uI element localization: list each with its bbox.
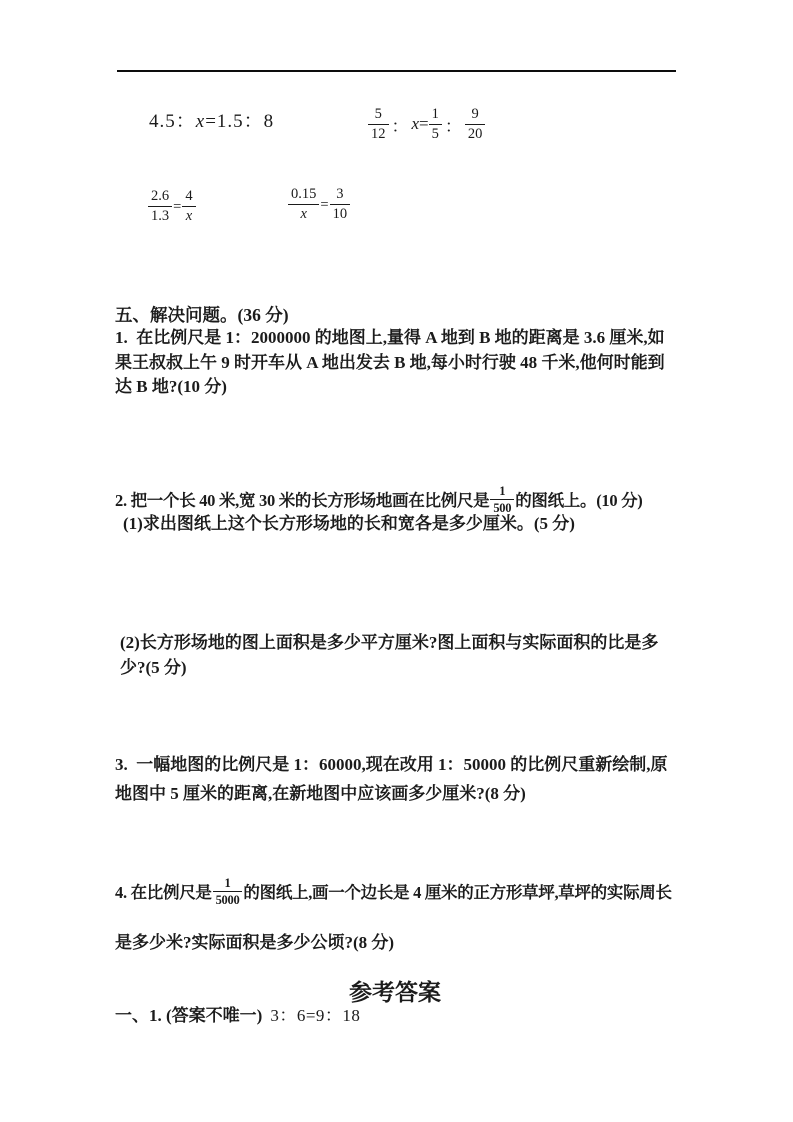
problem-4-post: 的图纸上,画一个边长是 4 厘米的正方形草坪,草坪的实际周长 (243, 879, 671, 903)
answers-heading: 参考答案 (115, 974, 675, 1007)
problem-4-pre: 4. 在比例尺是 (115, 879, 212, 903)
fraction-numerator: 0.15 (288, 186, 319, 204)
fraction-numerator: 2.6 (148, 188, 172, 206)
fraction-0.15-x: 0.15x (288, 186, 319, 221)
proportion-1: 2.61.3 = 4x (148, 186, 196, 226)
problem-4-line-2: 是多少米?实际面积是多少公顷?(8 分) (115, 931, 677, 956)
equation-2: 512 ： x = 15 ： 920 (368, 102, 485, 146)
fraction-1-5000: 15000 (213, 876, 243, 907)
fraction-2.6-1.3: 2.61.3 (148, 188, 172, 223)
equation-1-pre: 4.5： (149, 111, 196, 132)
fraction-numerator: 9 (465, 106, 486, 124)
problem-1: 1. 在比例尺是 1：2000000 的地图上,量得 A 地到 B 地的距离是 … (115, 326, 677, 400)
problem-3: 3. 一幅地图的比例尺是 1：60000,现在改用 1：50000 的比例尺重新… (115, 750, 677, 808)
problem-4-line-1: 4. 在比例尺是 15000 的图纸上,画一个边长是 4 厘米的正方形草坪,草坪… (115, 869, 672, 913)
equation-2-var: x (412, 114, 420, 134)
fraction-denominator-var: x (288, 205, 319, 222)
problem-2-sub-2: (2)长方形场地的图上面积是多少平方厘米?图上面积与实际面积的比是多少?(5 分… (120, 631, 680, 680)
fraction-1-500: 1500 (490, 484, 514, 515)
ratio-colon: ： (445, 112, 462, 137)
fraction-numerator: 4 (182, 188, 195, 206)
fraction-denominator: 20 (465, 125, 486, 142)
fraction-numerator: 1 (213, 876, 243, 892)
equation-1-post: =1.5：8 (205, 111, 274, 132)
section-5-heading: 五、解决问题。(36 分) (115, 302, 289, 327)
proportion-2: 0.15x = 310 (288, 184, 350, 224)
fraction-denominator: 5000 (213, 892, 243, 907)
answer-line-1-value: 3：6=9：18 (270, 1006, 360, 1025)
fraction-denominator: 1.3 (148, 207, 172, 224)
answer-line-1-label: 一、1. (答案不唯一) (115, 1006, 262, 1025)
worksheet-page: 4.5：x=1.5：8 512 ： x = 15 ： 920 2.61.3 = … (0, 0, 793, 1122)
fraction-3-10: 310 (330, 186, 351, 221)
equals-sign: = (173, 199, 181, 216)
top-rule (117, 70, 676, 72)
fraction-4-x: 4x (182, 188, 195, 223)
fraction-denominator-var: x (182, 207, 195, 224)
fraction-5-12: 512 (368, 106, 389, 141)
ratio-colon: ： (392, 112, 409, 137)
problem-2-post: 的图纸上。(10 分) (515, 487, 642, 511)
equation-1-var: x (196, 111, 205, 132)
equation-1: 4.5：x=1.5：8 (149, 106, 274, 133)
fraction-9-20: 920 (465, 106, 486, 141)
equals-sign: = (419, 114, 429, 134)
answer-line-1: 一、1. (答案不唯一)3：6=9：18 (115, 1004, 360, 1029)
fraction-numerator: 3 (330, 186, 351, 204)
fraction-denominator: 10 (330, 205, 351, 222)
fraction-numerator: 1 (490, 484, 514, 500)
fraction-numerator: 1 (429, 106, 442, 124)
problem-2-sub-1: (1)求出图纸上这个长方形场地的长和宽各是多少厘米。(5 分) (123, 512, 683, 537)
equals-sign: = (320, 197, 328, 214)
fraction-numerator: 5 (368, 106, 389, 124)
fraction-denominator: 12 (368, 125, 389, 142)
fraction-denominator: 5 (429, 125, 442, 142)
fraction-1-5: 15 (429, 106, 442, 141)
problem-2-pre: 2. 把一个长 40 米,宽 30 米的长方形场地画在比例尺是 (115, 487, 489, 511)
